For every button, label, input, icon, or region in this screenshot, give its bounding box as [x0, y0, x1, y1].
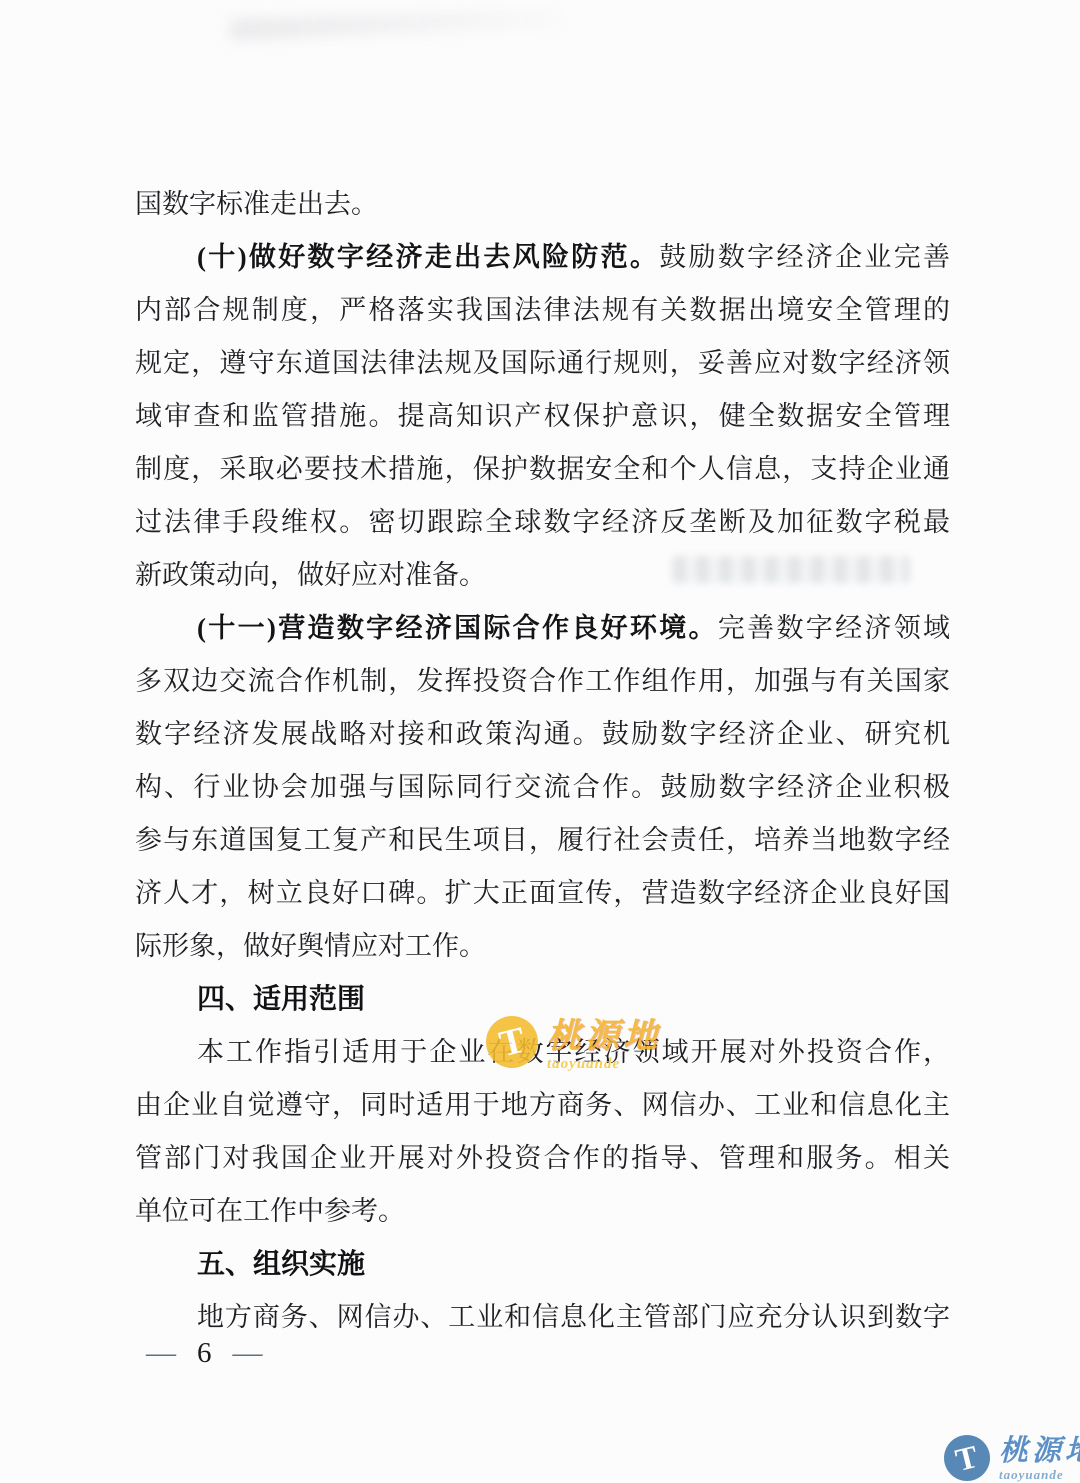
document-line: 域审查和监管措施。提高知识产权保护意识，健全数据安全管理 [135, 390, 950, 443]
watermark-text: 桃源地 taoyuande [547, 1010, 661, 1073]
scan-artifact-top [230, 8, 560, 40]
document-text-block: 国数字标准走出去。 (十)做好数字经济走出去风险防范。鼓励数字经济企业完善 内部… [135, 178, 950, 1344]
paragraph-lead: (十)做好数字经济走出去风险防范。 [197, 242, 659, 272]
scanned-document-page: 国数字标准走出去。 (十)做好数字经济走出去风险防范。鼓励数字经济企业完善 内部… [0, 0, 1080, 1483]
page-footer: — 6 — [146, 1330, 263, 1376]
document-line: (十一)营造数字经济国际合作良好环境。完善数字经济领域 [135, 602, 950, 655]
page-number: 6 [197, 1338, 212, 1368]
taoyuande-logo-icon: T [486, 1016, 538, 1068]
footer-dash-right: — [233, 1338, 263, 1368]
document-line: 参与东道国复工复产和民生项目，履行社会责任，培养当地数字经 [135, 814, 950, 867]
document-line: 国数字标准走出去。 [135, 178, 950, 231]
paragraph-text: 鼓励数字经济企业完善 [659, 242, 950, 272]
taoyuande-logo-icon: T [944, 1435, 990, 1481]
document-line: 过法律手段维权。密切跟踪全球数字经济反垄断及加征数字税最 [135, 496, 950, 549]
document-line: 际形象，做好舆情应对工作。 [135, 920, 950, 973]
document-line: 单位可在工作中参考。 [135, 1185, 950, 1238]
footer-dash-left: — [146, 1338, 176, 1368]
watermark-center: T 桃源地 taoyuande [486, 1010, 661, 1073]
watermark-corner: T 桃源地 taoyuande [944, 1431, 1080, 1483]
scan-bleedthrough-artifact [672, 556, 910, 583]
watermark-name-cn: 桃源地 [999, 1437, 1080, 1466]
section-heading-5: 五、组织实施 [135, 1238, 950, 1291]
logo-letter: T [952, 1437, 982, 1478]
document-line: 规定，遵守东道国法律法规及国际通行规则，妥善应对数字经济领 [135, 337, 950, 390]
document-line: 济人才，树立良好口碑。扩大正面宣传，营造数字经济企业良好国 [135, 867, 950, 920]
watermark-name-cn: 桃源地 [547, 1020, 661, 1054]
document-line: 构、行业协会加强与国际同行交流合作。鼓励数字经济企业积极 [135, 761, 950, 814]
paragraph-lead: (十一)营造数字经济国际合作良好环境。 [197, 613, 718, 643]
document-line: 数字经济发展战略对接和政策沟通。鼓励数字经济企业、研究机 [135, 708, 950, 761]
watermark-text: 桃源地 taoyuande [999, 1431, 1080, 1483]
document-line: (十)做好数字经济走出去风险防范。鼓励数字经济企业完善 [135, 231, 950, 284]
document-line: 由企业自觉遵守，同时适用于地方商务、网信办、工业和信息化主 [135, 1079, 950, 1132]
watermark-name-en: taoyuande [547, 1056, 661, 1073]
paragraph-text: 完善数字经济领域 [718, 613, 950, 643]
document-line: 制度，采取必要技术措施，保护数据安全和个人信息，支持企业通 [135, 443, 950, 496]
document-line: 多双边交流合作机制，发挥投资合作工作组作用，加强与有关国家 [135, 655, 950, 708]
document-line: 管部门对我国企业开展对外投资合作的指导、管理和服务。相关 [135, 1132, 950, 1185]
document-line: 内部合规制度，严格落实我国法律法规有关数据出境安全管理的 [135, 284, 950, 337]
watermark-name-en: taoyuande [999, 1467, 1080, 1483]
logo-letter: T [495, 1018, 529, 1066]
